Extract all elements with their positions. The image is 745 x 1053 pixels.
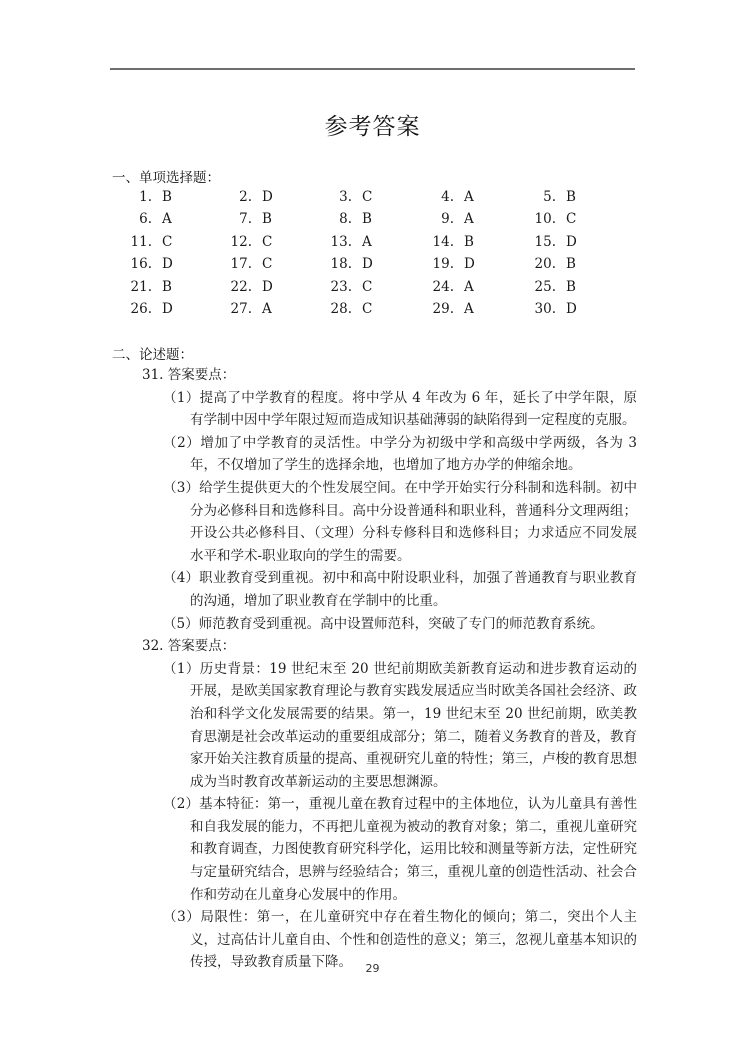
answer-letter: D: [262, 276, 273, 298]
section-heading-essay: 二、论述题：: [112, 343, 193, 363]
question-number: 20.: [514, 253, 556, 275]
question-number: 5.: [514, 186, 556, 208]
question-number: 2.: [210, 186, 252, 208]
question-number: 24.: [412, 276, 454, 298]
answer-item: 17.C: [210, 253, 272, 275]
answer-letter: A: [464, 298, 474, 320]
answer-row: 26.D27.A28.C29.A30.D: [110, 298, 640, 320]
question-number: 26.: [110, 298, 152, 320]
answer-letter: D: [162, 253, 173, 275]
answer-letter: D: [464, 253, 475, 275]
answer-item: 13.A: [310, 231, 372, 253]
answer-item: 10.C: [514, 208, 576, 230]
answer-letter: B: [464, 231, 474, 253]
answer-grid: 1.B2.D3.C4.A5.B6.A7.B8.B9.A10.C11.C12.C1…: [110, 186, 640, 320]
question-number: 22.: [210, 276, 252, 298]
answer-letter: C: [162, 231, 172, 253]
answer-item: 8.B: [310, 208, 372, 230]
answer-letter: C: [362, 186, 372, 208]
page-number: 29: [0, 962, 745, 975]
question-number: 9.: [412, 208, 454, 230]
question-heading: 31. 答案要点：: [142, 364, 642, 387]
question-number: 21.: [110, 276, 152, 298]
answer-item: 24.A: [412, 276, 474, 298]
question-number: 17.: [210, 253, 252, 275]
answer-item: 1.B: [110, 186, 172, 208]
answer-item: 19.D: [412, 253, 475, 275]
answer-item: 12.C: [210, 231, 272, 253]
essay-answers: 31. 答案要点： （1）提高了中学教育的程度。将中学从 4 年改为 6 年，延…: [112, 364, 642, 974]
answer-letter: A: [162, 208, 172, 230]
answer-point: （2）基本特征：第一，重视儿童在教育过程中的主体地位，认为儿童具有善性和自我发展…: [163, 793, 637, 906]
answer-item: 7.B: [210, 208, 272, 230]
answer-letter: B: [262, 208, 272, 230]
answer-row: 16.D17.C18.D19.D20.B: [110, 253, 640, 275]
question-number: 31.: [142, 367, 163, 383]
answer-letter: C: [262, 231, 272, 253]
question-number: 1.: [110, 186, 152, 208]
question-number: 13.: [310, 231, 352, 253]
question-number: 12.: [210, 231, 252, 253]
section-heading-multiple-choice: 一、单项选择题：: [112, 166, 220, 186]
question-number: 23.: [310, 276, 352, 298]
answer-point: （1）提高了中学教育的程度。将中学从 4 年改为 6 年，延长了中学年限，原有学…: [163, 387, 637, 432]
answer-item: 5.B: [514, 186, 576, 208]
question-number: 29.: [412, 298, 454, 320]
question-heading: 32. 答案要点：: [142, 635, 642, 658]
answer-item: 3.C: [310, 186, 372, 208]
answer-item: 14.B: [412, 231, 474, 253]
answer-item: 11.C: [110, 231, 172, 253]
question-number: 7.: [210, 208, 252, 230]
page-title: 参考答案: [0, 108, 745, 141]
answer-letter: C: [362, 276, 372, 298]
answer-item: 18.D: [310, 253, 373, 275]
answer-row: 21.B22.D23.C24.A25.B: [110, 276, 640, 298]
answer-item: 16.D: [110, 253, 173, 275]
question-number: 28.: [310, 298, 352, 320]
answer-letter: C: [566, 208, 576, 230]
answer-letter: B: [162, 276, 172, 298]
question-number: 8.: [310, 208, 352, 230]
question-number: 3.: [310, 186, 352, 208]
answer-row: 11.C12.C13.A14.B15.D: [110, 231, 640, 253]
answer-item: 23.C: [310, 276, 372, 298]
answer-item: 25.B: [514, 276, 576, 298]
question-number: 11.: [110, 231, 152, 253]
answer-item: 29.A: [412, 298, 474, 320]
answer-letter: B: [566, 253, 576, 275]
answer-letter: D: [362, 253, 373, 275]
answer-item: 28.C: [310, 298, 372, 320]
answer-point: （5）师范教育受到重视。高中设置师范科，突破了专门的师范教育系统。: [163, 613, 637, 636]
answer-item: 21.B: [110, 276, 172, 298]
answer-letter: A: [362, 231, 372, 253]
answer-point: （4）职业教育受到重视。初中和高中附设职业科，加强了普通教育与职业教育的沟通，增…: [163, 567, 637, 612]
question-label: 答案要点：: [168, 638, 236, 654]
question-32: 32. 答案要点： （1）历史背景：19 世纪末至 20 世纪前期欧美新教育运动…: [112, 635, 642, 974]
question-number: 10.: [514, 208, 556, 230]
answer-letter: D: [566, 231, 577, 253]
answer-letter: C: [362, 298, 372, 320]
question-number: 25.: [514, 276, 556, 298]
answer-item: 27.A: [210, 298, 272, 320]
answer-letter: B: [566, 276, 576, 298]
question-number: 15.: [514, 231, 556, 253]
question-number: 18.: [310, 253, 352, 275]
answer-point: （2）增加了中学教育的灵活性。中学分为初级中学和高级中学两级，各为 3 年，不仅…: [163, 432, 637, 477]
answer-item: 9.A: [412, 208, 474, 230]
answer-item: 15.D: [514, 231, 577, 253]
answer-letter: D: [262, 186, 273, 208]
answer-letter: B: [566, 186, 576, 208]
answer-letter: D: [566, 298, 577, 320]
question-label: 答案要点：: [168, 367, 236, 383]
answer-item: 22.D: [210, 276, 273, 298]
question-number: 16.: [110, 253, 152, 275]
answer-item: 4.A: [412, 186, 474, 208]
question-number: 4.: [412, 186, 454, 208]
answer-letter: A: [464, 186, 474, 208]
answer-letter: A: [464, 208, 474, 230]
question-number: 30.: [514, 298, 556, 320]
answer-letter: B: [162, 186, 172, 208]
answer-item: 30.D: [514, 298, 577, 320]
answer-item: 20.B: [514, 253, 576, 275]
question-number: 32.: [142, 638, 163, 654]
answer-letter: D: [162, 298, 173, 320]
question-31: 31. 答案要点： （1）提高了中学教育的程度。将中学从 4 年改为 6 年，延…: [112, 364, 642, 635]
answer-letter: A: [262, 298, 272, 320]
answer-letter: C: [262, 253, 272, 275]
answer-letter: B: [362, 208, 372, 230]
header-rule: [110, 68, 635, 70]
answer-item: 6.A: [110, 208, 172, 230]
answer-point: （3）给学生提供更大的个性发展空间。在中学开始实行分科制和选科制。初中分为必修科…: [163, 477, 637, 567]
question-number: 6.: [110, 208, 152, 230]
answer-item: 2.D: [210, 186, 273, 208]
question-number: 19.: [412, 253, 454, 275]
question-number: 14.: [412, 231, 454, 253]
question-number: 27.: [210, 298, 252, 320]
answer-item: 26.D: [110, 298, 173, 320]
answer-letter: A: [464, 276, 474, 298]
answer-point: （1）历史背景：19 世纪末至 20 世纪前期欧美新教育运动和进步教育运动的开展…: [163, 658, 637, 794]
answer-row: 1.B2.D3.C4.A5.B: [110, 186, 640, 208]
answer-row: 6.A7.B8.B9.A10.C: [110, 208, 640, 230]
